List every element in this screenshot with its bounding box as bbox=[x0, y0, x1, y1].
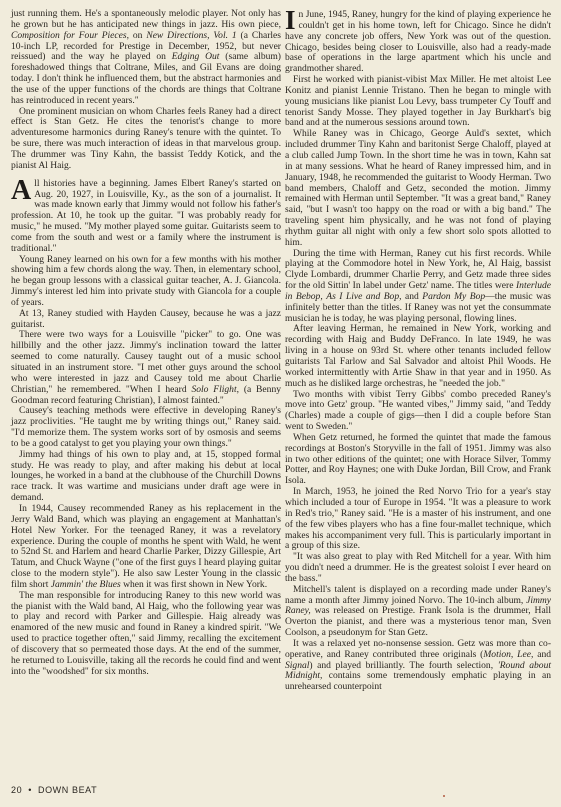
paragraph: In 1944, Causey recommended Raney as his… bbox=[11, 504, 281, 591]
paragraph: After leaving Herman, he remained in New… bbox=[285, 324, 551, 389]
bullet-separator: • bbox=[28, 785, 32, 795]
paragraph: Jimmy had things of his own to play and,… bbox=[11, 450, 281, 504]
left-column: just running them. He's a spontaneously … bbox=[11, 9, 281, 677]
page-footer: 20•DOWN BEAT bbox=[11, 785, 97, 795]
paragraph: At 13, Raney studied with Hayden Causey,… bbox=[11, 309, 281, 331]
print-speck bbox=[443, 795, 445, 797]
paragraph: During the time with Herman, Raney cut h… bbox=[285, 249, 551, 325]
paragraph: Mitchell's talent is displayed on a reco… bbox=[285, 585, 551, 639]
page-number: 20 bbox=[11, 785, 22, 795]
section-opening-paragraph: All histories have a beginning. James El… bbox=[11, 179, 281, 255]
magazine-name: DOWN BEAT bbox=[38, 785, 97, 795]
paragraph: One prominent musician on whom Charles f… bbox=[11, 107, 281, 172]
paragraph: "It was also great to play with Red Mitc… bbox=[285, 552, 551, 585]
drop-cap: A bbox=[11, 180, 31, 202]
paragraph: There were two ways for a Louisville "pi… bbox=[11, 330, 281, 406]
paragraph: When Getz returned, he formed the quinte… bbox=[285, 433, 551, 487]
right-column: In June, 1945, Raney, hungry for the kin… bbox=[285, 10, 551, 693]
magazine-page: just running them. He's a spontaneously … bbox=[0, 0, 561, 807]
paragraph: just running them. He's a spontaneously … bbox=[11, 9, 281, 107]
paragraph: The man responsible for introducing Rane… bbox=[11, 591, 281, 678]
paragraph: Young Raney learned on his own for a few… bbox=[11, 255, 281, 309]
paragraph: In March, 1953, he joined the Red Norvo … bbox=[285, 487, 551, 552]
paragraph: It was a relaxed yet no-nonsense session… bbox=[285, 639, 551, 693]
paragraph: Causey's teaching methods were effective… bbox=[11, 406, 281, 449]
drop-cap: I bbox=[285, 10, 296, 31]
paragraph: First he worked with pianist-vibist Max … bbox=[285, 75, 551, 129]
paragraph: Two months with vibist Terry Gibbs' comb… bbox=[285, 390, 551, 433]
section-opening-paragraph: In June, 1945, Raney, hungry for the kin… bbox=[285, 10, 551, 75]
paragraph: While Raney was in Chicago, George Auld'… bbox=[285, 129, 551, 248]
